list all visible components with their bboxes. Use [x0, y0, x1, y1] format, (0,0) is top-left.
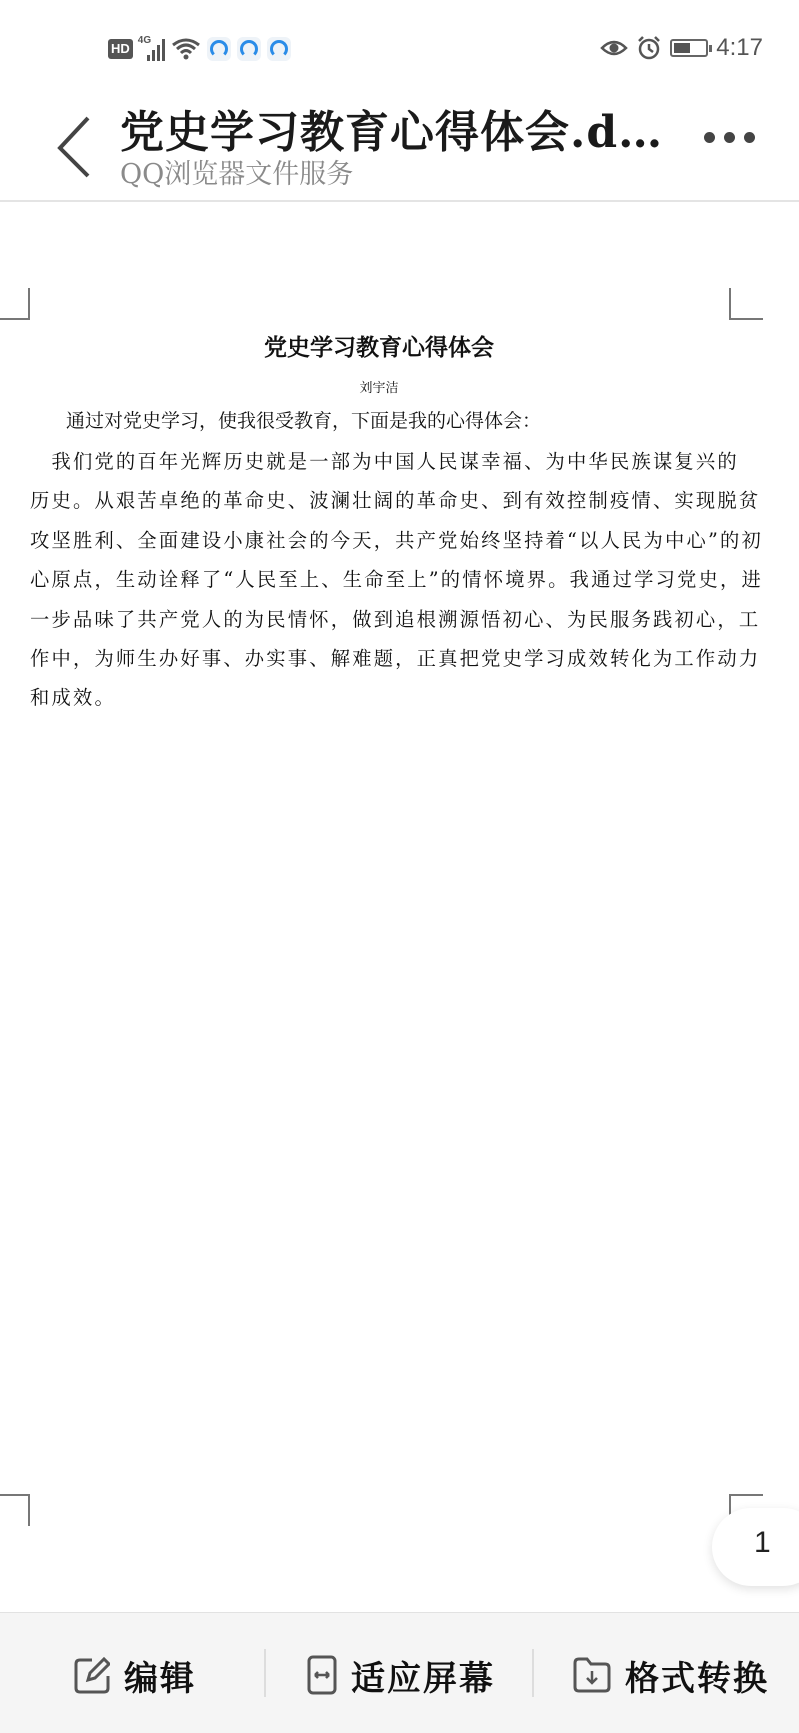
edit-label: 编辑 — [124, 1651, 196, 1700]
battery-icon — [670, 39, 708, 57]
edit-icon — [74, 1656, 110, 1694]
alarm-icon — [636, 35, 662, 61]
chevron-left-icon — [60, 118, 88, 176]
page-margin-corner — [729, 288, 763, 320]
body-line: 作中，为师生办好事、办实事、解难题，正真把党史学习成效转化为工作动力 — [30, 639, 730, 678]
file-source-subtitle: QQ浏览器文件服务 — [120, 152, 353, 191]
document-intro: 通过对党史学习，使我很受教育，下面是我的心得体会： — [66, 406, 541, 433]
bottom-toolbar: 编辑 适应屏幕 格式转换 — [0, 1612, 799, 1733]
file-title: 党史学习教育心得体会.d… — [120, 96, 663, 160]
app-header: 党史学习教育心得体会.d… QQ浏览器文件服务 — [0, 90, 799, 202]
body-line: 攻坚胜利、全面建设小康社会的今天，共产党始终坚持着“以人民为中心”的初 — [30, 521, 730, 560]
toolbar-divider — [532, 1649, 534, 1697]
status-bar-right: 4:17 — [600, 34, 763, 62]
document-body: 我们党的百年光辉历史就是一部为中国人民谋幸福、为中华民族谋复兴的 历史。从艰苦卓… — [30, 442, 730, 718]
edit-button[interactable]: 编辑 — [74, 1653, 196, 1697]
clock-time: 4:17 — [716, 34, 763, 62]
wifi-icon — [171, 36, 201, 62]
format-convert-button[interactable]: 格式转换 — [573, 1653, 769, 1697]
fit-screen-button[interactable]: 适应屏幕 — [307, 1653, 495, 1697]
status-bar: HD 4G 4:17 — [0, 0, 799, 90]
fit-screen-icon — [307, 1655, 337, 1695]
body-line: 和成效。 — [30, 678, 730, 717]
network-type-label: 4G — [138, 35, 151, 46]
qq-browser-notification-icon — [237, 37, 261, 61]
qq-browser-notification-icon — [267, 37, 291, 61]
qq-browser-notification-icon — [207, 37, 231, 61]
page-number-indicator[interactable]: 1 — [712, 1508, 799, 1586]
more-options-button[interactable] — [704, 132, 755, 143]
body-line: 一步品味了共产党人的为民情怀，做到追根溯源悟初心、为民服务践初心，工 — [30, 600, 730, 639]
4g-signal-icon: 4G — [139, 37, 165, 61]
eye-icon — [600, 38, 628, 58]
current-page-number: 1 — [754, 1526, 771, 1560]
page-margin-corner — [0, 1494, 30, 1526]
page-margin-corner — [0, 288, 30, 320]
document-author: 刘宇洁 — [0, 377, 758, 396]
folder-download-icon — [573, 1657, 611, 1693]
more-horizontal-icon — [704, 132, 715, 143]
toolbar-divider — [264, 1649, 266, 1697]
body-line: 历史。从艰苦卓绝的革命史、波澜壮阔的革命史、到有效控制疫情、实现脱贫 — [30, 481, 730, 520]
document-page[interactable]: 党史学习教育心得体会 刘宇洁 通过对党史学习，使我很受教育，下面是我的心得体会：… — [0, 202, 799, 1612]
format-convert-label: 格式转换 — [625, 1651, 769, 1700]
hd-icon: HD — [108, 39, 133, 59]
fit-screen-label: 适应屏幕 — [351, 1651, 495, 1700]
status-bar-left: HD 4G — [108, 34, 291, 64]
body-line: 心原点，生动诠释了“人民至上、生命至上”的情怀境界。我通过学习党史，进 — [30, 560, 730, 599]
document-title: 党史学习教育心得体会 — [0, 329, 758, 362]
back-button[interactable] — [52, 110, 102, 180]
body-line: 我们党的百年光辉历史就是一部为中国人民谋幸福、为中华民族谋复兴的 — [30, 442, 730, 481]
